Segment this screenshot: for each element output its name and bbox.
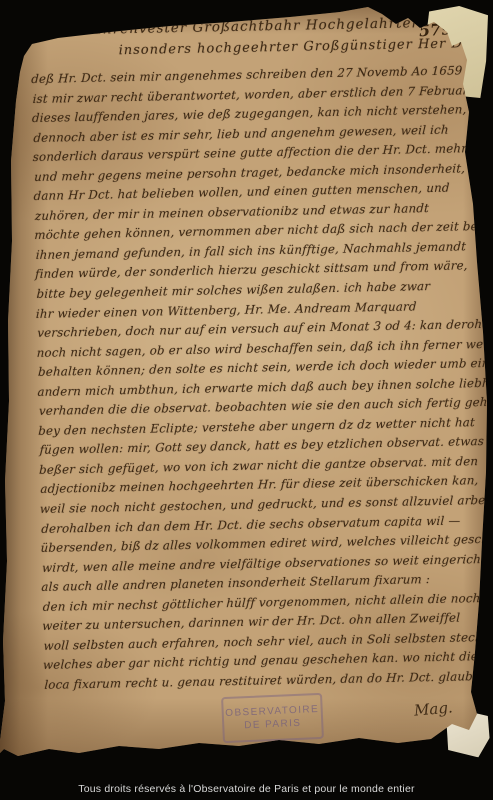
observatory-stamp: OBSERVATOIRE DE PARIS (221, 693, 324, 743)
copyright-caption: Tous droits réservés à l'Observatoire de… (0, 783, 493, 795)
handwritten-text: Ehrenvester Großachtbahr Hochgelahrter i… (30, 11, 481, 695)
stamp-text-line2: DE PARIS (244, 717, 302, 732)
manuscript-photo: 579. Ehrenvester Großachtbahr Hochgelahr… (0, 0, 493, 800)
manuscript-paper: 579. Ehrenvester Großachtbahr Hochgelahr… (0, 0, 493, 800)
signature: Mag. (413, 698, 453, 719)
letter-body: deß Hr. Dct. sein mir angenehmes schreib… (31, 61, 481, 695)
